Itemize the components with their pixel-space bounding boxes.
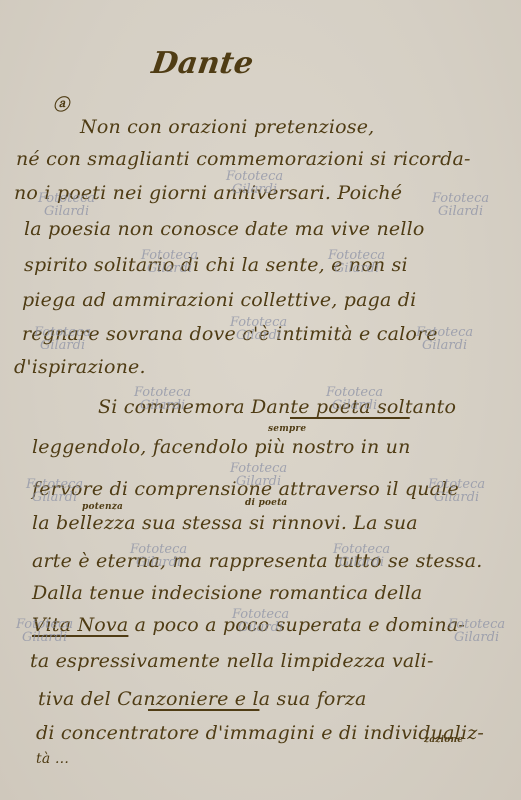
manuscript-line-1: Non con orazioni pretenziose, [80,116,374,138]
manuscript-line-18: di concentratore d'immagini e di individ… [36,722,484,744]
manuscript-line-5: spirito solitario di chi la sente, e non… [24,254,408,276]
interlinear-zazione: zazione [424,735,463,745]
underline-vita-nova: Vita Nova [32,614,128,636]
underline-dante-poeta: Dante poeta [290,396,410,418]
manuscript-line-14: Dalla tenue indecisione romantica della [32,582,422,604]
underline-canzoniere: Canzoniere [148,688,259,710]
manuscript-line-2: né con smaglianti commemorazioni si rico… [16,148,471,170]
manuscript-line-4: la poesia non conosce date ma vive nello [24,218,425,240]
manuscript-page: Dante ⓐ Non con orazioni pretenziose, né… [0,0,521,800]
manuscript-line-7: regnare sovrana dove c'è intimità e calo… [22,323,438,345]
manuscript-line-3: no i poeti nei giorni anniversari. Poich… [14,182,402,204]
margin-mark: ⓐ [53,92,69,115]
manuscript-title: Dante [150,46,256,81]
interlinear-sempre: sempre [268,424,306,434]
manuscript-line-10: leggendolo, facendolo più nostro in un [32,436,411,458]
manuscript-line-13: arte è eterna, ma rappresenta tutto se s… [32,550,483,572]
interlinear-poeta: di poeta [245,498,287,508]
interlinear-potenza: potenza [82,502,123,512]
manuscript-line-16: ta espressivamente nella limpidezza vali… [30,650,434,672]
manuscript-line-8: d'ispirazione. [14,356,146,378]
manuscript-line-11: fervore di comprensione attraverso il qu… [32,478,459,500]
manuscript-line-19: tà ... [36,748,69,770]
watermark: FototecaGilardi [432,192,489,218]
manuscript-line-12: la bellezza sua stessa si rinnovi. La su… [32,512,418,534]
manuscript-line-6: piega ad ammirazioni collettive, paga di [22,289,416,311]
